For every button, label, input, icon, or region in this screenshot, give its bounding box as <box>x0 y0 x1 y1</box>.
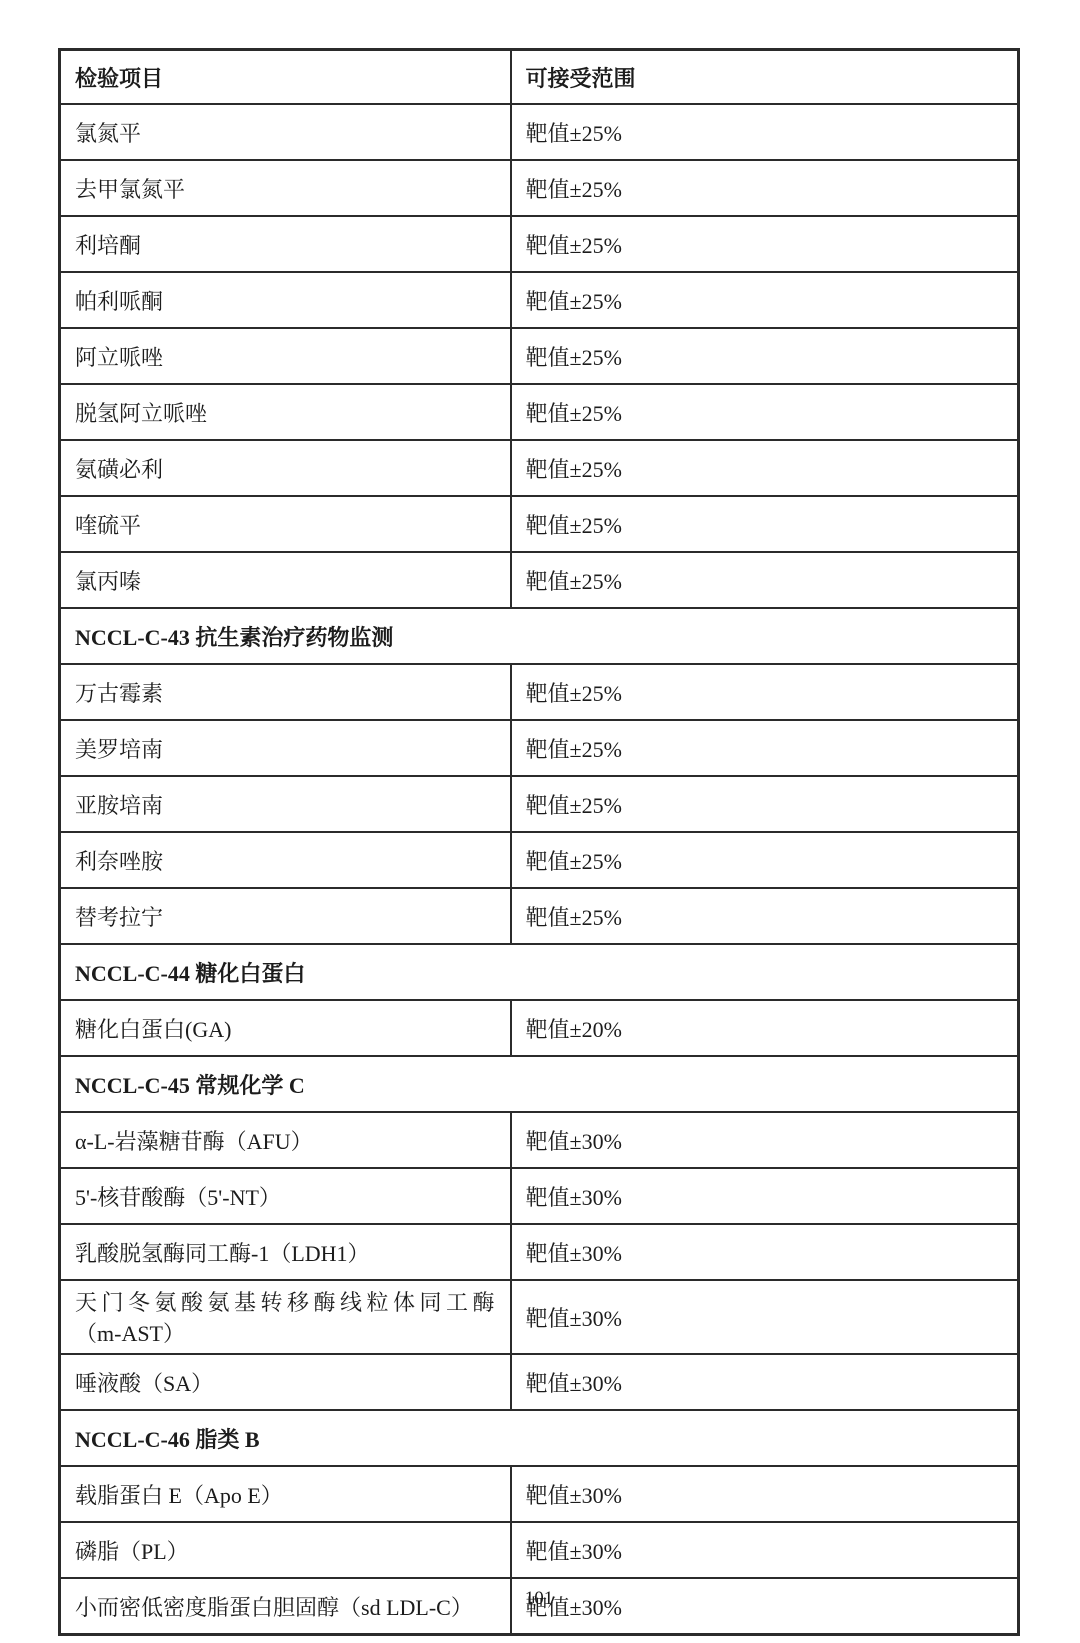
test-item-cell: 氨磺必利 <box>60 440 511 496</box>
table-row: 喹硫平靶值±25% <box>60 496 1019 552</box>
acceptable-range-cell: 靶值±25% <box>511 216 1019 272</box>
table-row: 帕利哌酮靶值±25% <box>60 272 1019 328</box>
acceptable-range-cell: 靶值±25% <box>511 440 1019 496</box>
test-item-cell: 阿立哌唑 <box>60 328 511 384</box>
acceptable-range-cell: 靶值±25% <box>511 160 1019 216</box>
test-item-cell: 万古霉素 <box>60 664 511 720</box>
section-row: NCCL-C-46 脂类 B <box>60 1410 1019 1466</box>
acceptable-range-cell: 靶值±30% <box>511 1280 1019 1354</box>
acceptable-range-cell: 靶值±25% <box>511 832 1019 888</box>
table-row: 氯氮平靶值±25% <box>60 104 1019 160</box>
section-label: NCCL-C-43 抗生素治疗药物监测 <box>60 608 1019 664</box>
acceptable-range-cell: 靶值±30% <box>511 1522 1019 1578</box>
test-item-cell: 载脂蛋白 E（Apo E） <box>60 1466 511 1522</box>
acceptable-range-cell: 靶值±25% <box>511 664 1019 720</box>
table-body: 氯氮平靶值±25%去甲氯氮平靶值±25%利培酮靶值±25%帕利哌酮靶值±25%阿… <box>60 104 1019 1635</box>
test-item-cell: 乳酸脱氢酶同工酶-1（LDH1） <box>60 1224 511 1280</box>
test-item-cell: 美罗培南 <box>60 720 511 776</box>
table-row: 阿立哌唑靶值±25% <box>60 328 1019 384</box>
acceptable-range-cell: 靶值±30% <box>511 1168 1019 1224</box>
test-item-cell: 糖化白蛋白(GA) <box>60 1000 511 1056</box>
table-row: 利奈唑胺靶值±25% <box>60 832 1019 888</box>
test-item-cell: 5'-核苷酸酶（5'-NT） <box>60 1168 511 1224</box>
table-row: 5'-核苷酸酶（5'-NT）靶值±30% <box>60 1168 1019 1224</box>
section-row: NCCL-C-43 抗生素治疗药物监测 <box>60 608 1019 664</box>
test-item-cell: 天门冬氨酸氨基转移酶线粒体同工酶（m-AST） <box>60 1280 511 1354</box>
table-row: α-L-岩藻糖苷酶（AFU）靶值±30% <box>60 1112 1019 1168</box>
test-item-cell: 氯丙嗪 <box>60 552 511 608</box>
header-row: 检验项目 可接受范围 <box>60 50 1019 105</box>
test-item-cell: 去甲氯氮平 <box>60 160 511 216</box>
test-item-cell: 喹硫平 <box>60 496 511 552</box>
section-label: NCCL-C-44 糖化白蛋白 <box>60 944 1019 1000</box>
table-row: 利培酮靶值±25% <box>60 216 1019 272</box>
acceptable-range-cell: 靶值±25% <box>511 888 1019 944</box>
table-row: 糖化白蛋白(GA)靶值±20% <box>60 1000 1019 1056</box>
acceptable-range-cell: 靶值±25% <box>511 272 1019 328</box>
test-item-cell: 亚胺培南 <box>60 776 511 832</box>
acceptable-range-cell: 靶值±30% <box>511 1354 1019 1410</box>
test-item-cell: 氯氮平 <box>60 104 511 160</box>
test-item-line: （m-AST） <box>75 1317 496 1348</box>
table-row: 唾液酸（SA）靶值±30% <box>60 1354 1019 1410</box>
acceptable-range-cell: 靶值±30% <box>511 1466 1019 1522</box>
test-item-cell: 利培酮 <box>60 216 511 272</box>
table-row: 脱氢阿立哌唑靶值±25% <box>60 384 1019 440</box>
section-row: NCCL-C-44 糖化白蛋白 <box>60 944 1019 1000</box>
table-row: 乳酸脱氢酶同工酶-1（LDH1）靶值±30% <box>60 1224 1019 1280</box>
col-header-acceptable-range: 可接受范围 <box>511 50 1019 105</box>
test-item-cell: 唾液酸（SA） <box>60 1354 511 1410</box>
table-row: 替考拉宁靶值±25% <box>60 888 1019 944</box>
acceptable-range-cell: 靶值±20% <box>511 1000 1019 1056</box>
test-item-cell: α-L-岩藻糖苷酶（AFU） <box>60 1112 511 1168</box>
acceptable-range-cell: 靶值±30% <box>511 1112 1019 1168</box>
acceptable-range-cell: 靶值±25% <box>511 328 1019 384</box>
test-item-cell: 替考拉宁 <box>60 888 511 944</box>
test-item-cell: 帕利哌酮 <box>60 272 511 328</box>
table-row: 载脂蛋白 E（Apo E）靶值±30% <box>60 1466 1019 1522</box>
page-number: 101 <box>58 1588 1020 1610</box>
table-row: 氨磺必利靶值±25% <box>60 440 1019 496</box>
test-item-cell: 利奈唑胺 <box>60 832 511 888</box>
table-row: 去甲氯氮平靶值±25% <box>60 160 1019 216</box>
table-row: 氯丙嗪靶值±25% <box>60 552 1019 608</box>
acceptable-range-cell: 靶值±25% <box>511 104 1019 160</box>
section-label: NCCL-C-45 常规化学 C <box>60 1056 1019 1112</box>
acceptable-range-cell: 靶值±30% <box>511 1224 1019 1280</box>
test-item-cell: 磷脂（PL） <box>60 1522 511 1578</box>
table-header: 检验项目 可接受范围 <box>60 50 1019 105</box>
document-page: 检验项目 可接受范围 氯氮平靶值±25%去甲氯氮平靶值±25%利培酮靶值±25%… <box>0 0 1080 1643</box>
col-header-test-item: 检验项目 <box>60 50 511 105</box>
acceptable-range-cell: 靶值±25% <box>511 776 1019 832</box>
table-row: 磷脂（PL）靶值±30% <box>60 1522 1019 1578</box>
acceptance-range-table: 检验项目 可接受范围 氯氮平靶值±25%去甲氯氮平靶值±25%利培酮靶值±25%… <box>58 48 1020 1636</box>
test-item-line: 天门冬氨酸氨基转移酶线粒体同工酶 <box>75 1286 496 1317</box>
table-row: 美罗培南靶值±25% <box>60 720 1019 776</box>
acceptable-range-cell: 靶值±25% <box>511 720 1019 776</box>
acceptable-range-cell: 靶值±25% <box>511 496 1019 552</box>
section-row: NCCL-C-45 常规化学 C <box>60 1056 1019 1112</box>
acceptable-range-cell: 靶值±25% <box>511 552 1019 608</box>
test-item-cell: 脱氢阿立哌唑 <box>60 384 511 440</box>
section-label: NCCL-C-46 脂类 B <box>60 1410 1019 1466</box>
table-row: 亚胺培南靶值±25% <box>60 776 1019 832</box>
table-row: 天门冬氨酸氨基转移酶线粒体同工酶（m-AST）靶值±30% <box>60 1280 1019 1354</box>
table-row: 万古霉素靶值±25% <box>60 664 1019 720</box>
acceptable-range-cell: 靶值±25% <box>511 384 1019 440</box>
